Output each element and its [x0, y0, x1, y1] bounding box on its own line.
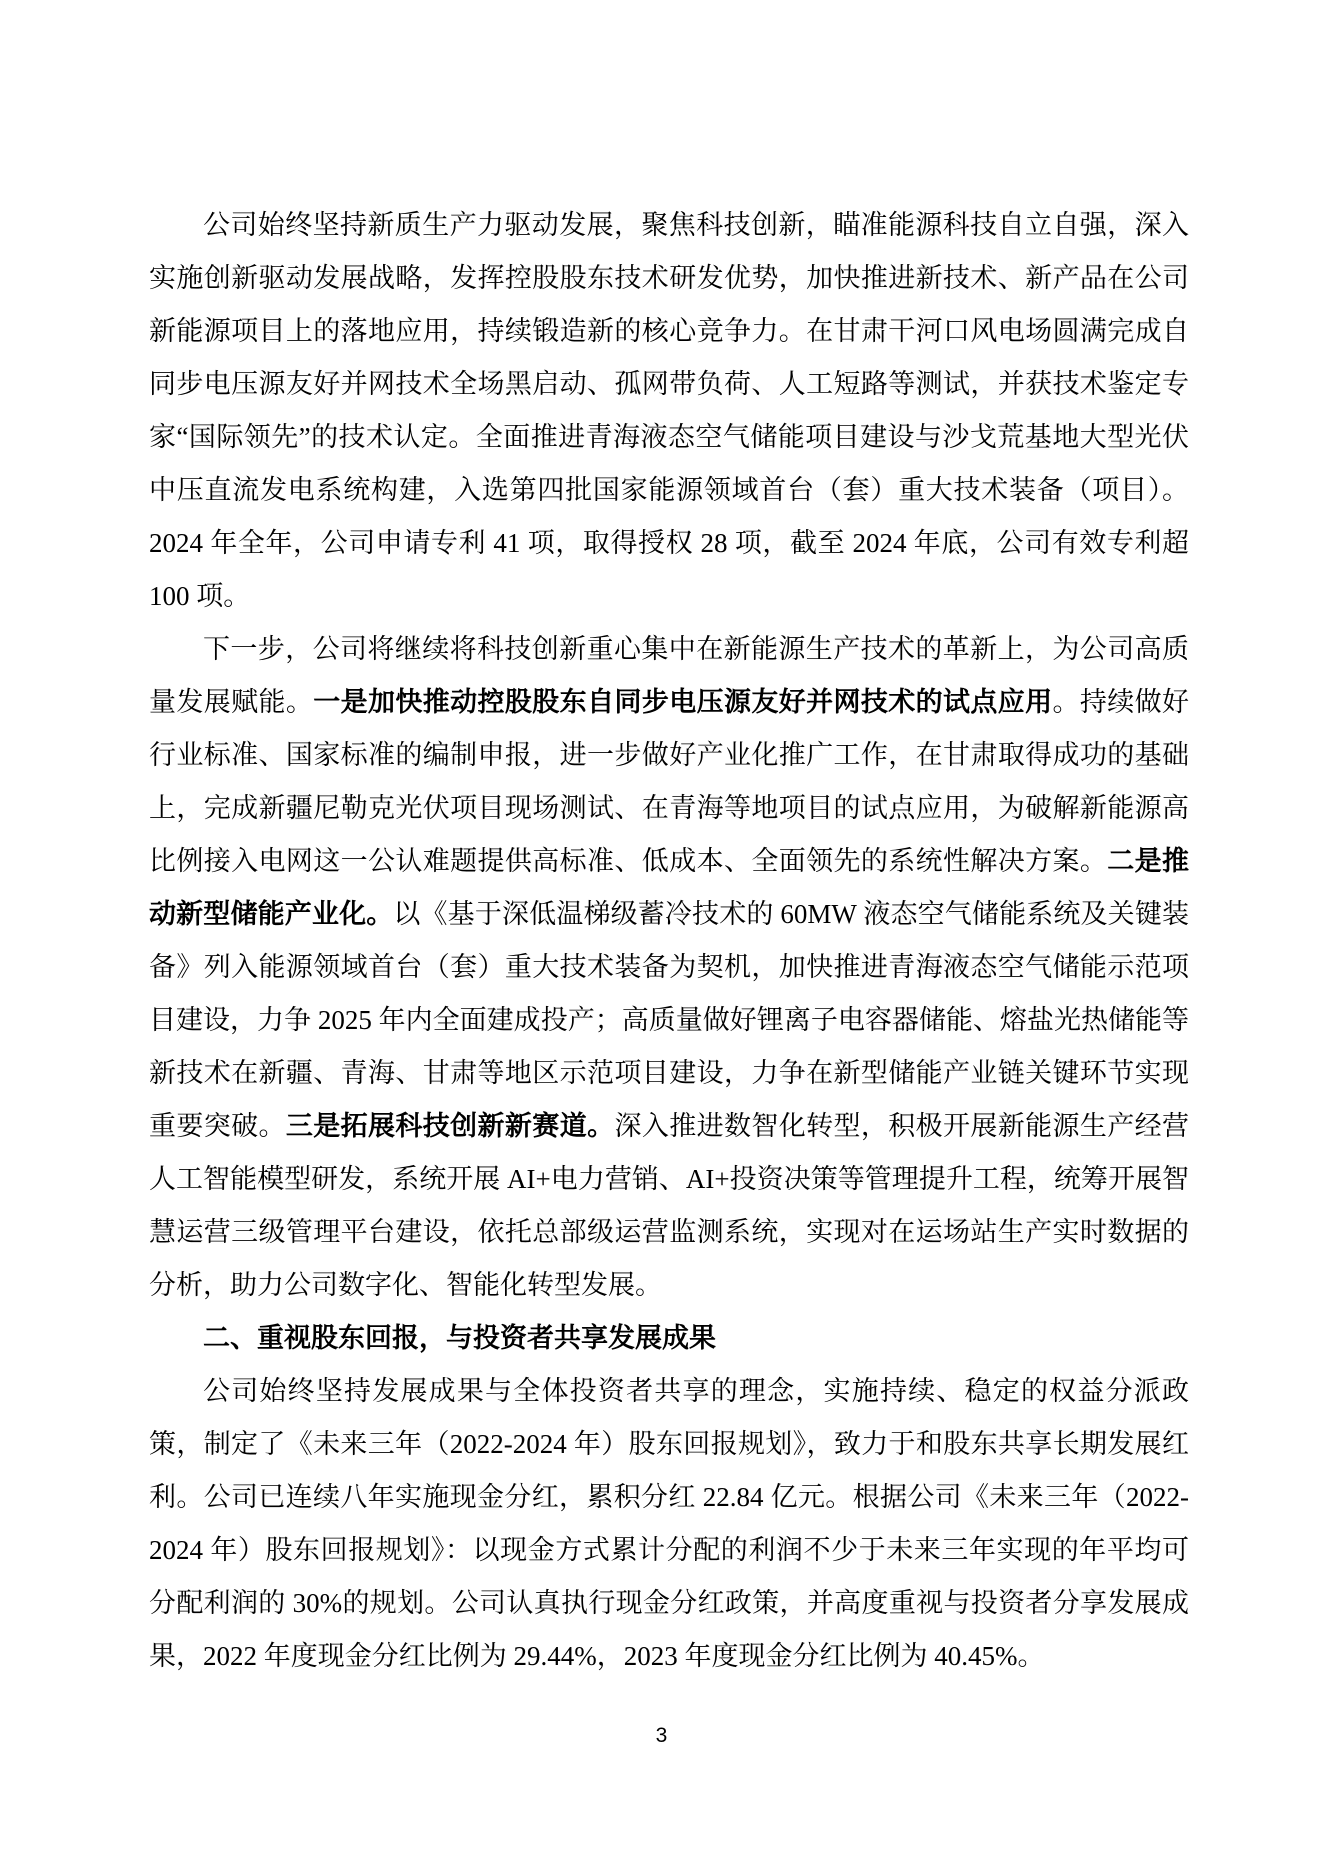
paragraph-next-steps: 下一步，公司将继续将科技创新重心集中在新能源生产技术的革新上，为公司高质量发展赋… — [149, 623, 1189, 1312]
run-point1-bold: 一是加快推动控股股东自同步电压源友好并网技术的试点应用 — [313, 687, 1052, 717]
paragraph-shareholder-dividends: 公司始终坚持发展成果与全体投资者共享的理念，实施持续、稳定的权益分派政策，制定了… — [149, 1365, 1189, 1683]
section-heading-shareholder-return: 二、重视股东回报，与投资者共享发展成果 — [149, 1312, 1189, 1365]
page-number: 3 — [656, 1724, 668, 1747]
page-footer: 3 — [0, 1724, 1323, 1748]
document-page: 公司始终坚持新质生产力驱动发展，聚焦科技创新，瞄准能源科技自立自强，深入实施创新… — [0, 0, 1323, 1871]
run-after-point2: 以《基于深低温梯级蓄冷技术的 60MW 液态空气储能系统及关键装备》列入能源领域… — [149, 899, 1189, 1141]
paragraph-tech-innovation: 公司始终坚持新质生产力驱动发展，聚焦科技创新，瞄准能源科技自立自强，深入实施创新… — [149, 199, 1189, 623]
run-point3-bold: 三是拓展科技创新新赛道。 — [286, 1111, 615, 1141]
page-body: 公司始终坚持新质生产力驱动发展，聚焦科技创新，瞄准能源科技自立自强，深入实施创新… — [149, 199, 1189, 1683]
